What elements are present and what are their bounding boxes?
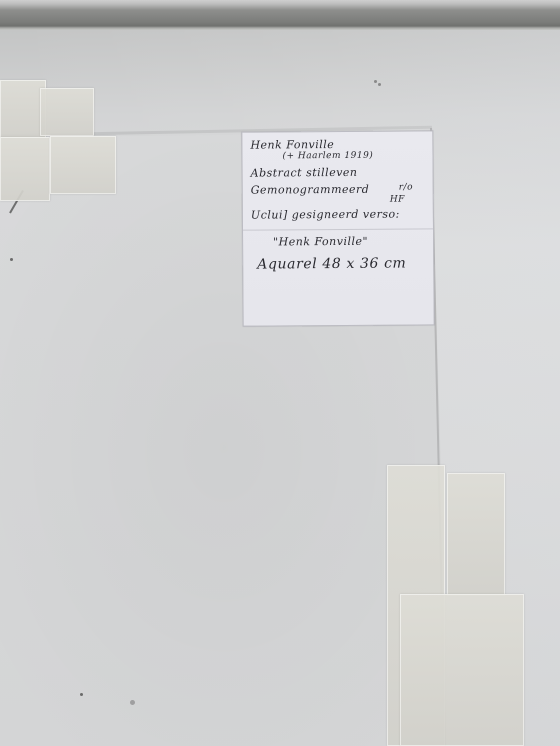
tape-piece-top-left-3 [0, 137, 50, 201]
tape-strip-right-3 [400, 594, 524, 746]
speck [130, 700, 135, 705]
speck [80, 693, 83, 696]
label-signature: "Henk Fonville" [273, 235, 368, 249]
label-monogram: HF [390, 195, 405, 205]
label-birth: (+ Haarlem 1919) [282, 151, 373, 162]
label-title: Abstract stilleven [251, 166, 358, 180]
tape-strip-right-2 [447, 473, 505, 596]
frame-top-edge [0, 0, 560, 30]
label-signed-verso: Uclui] gesigneerd verso: [251, 208, 400, 222]
provenance-label: Henk Fonville (+ Haarlem 1919) Abstract … [241, 130, 434, 326]
tape-piece-top-left-4 [50, 136, 116, 194]
photo-scene: Henk Fonville (+ Haarlem 1919) Abstract … [0, 0, 560, 746]
speck [10, 258, 13, 261]
label-medium-size: Aquarel 48 x 36 cm [257, 256, 406, 273]
backing-marks [374, 80, 382, 88]
label-monogram-text: Gemonogrammeerd [251, 183, 370, 197]
label-divider [243, 228, 433, 230]
label-monogram-position: r/o [399, 182, 413, 192]
tape-piece-top-left-2 [40, 88, 94, 136]
label-artist: Henk Fonville [250, 138, 334, 152]
